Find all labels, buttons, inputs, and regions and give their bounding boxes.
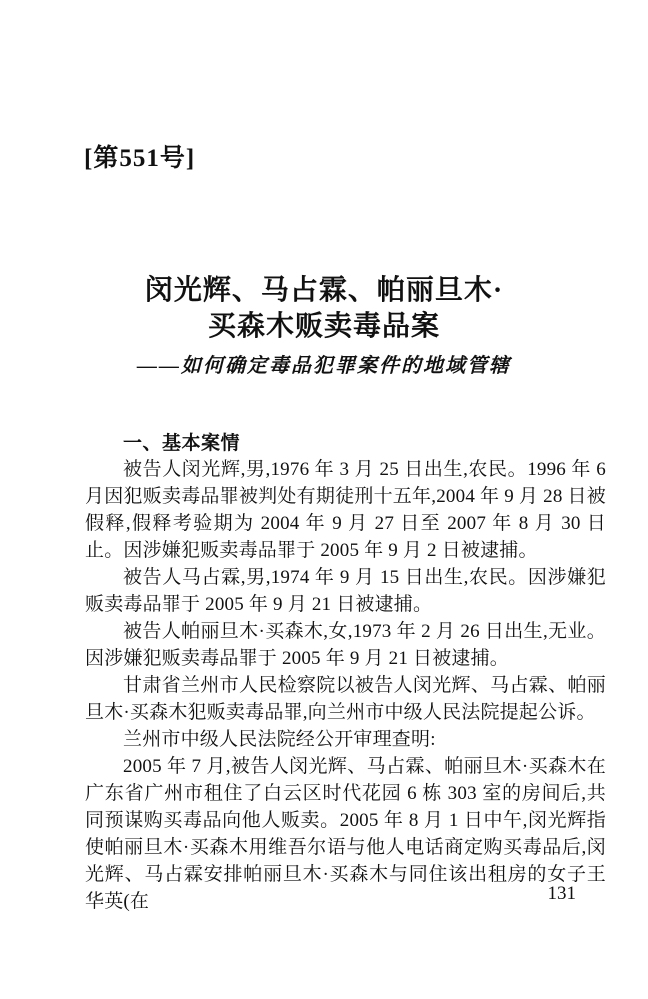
body-paragraph-defendant-min: 被告人闵光辉,男,1976 年 3 月 25 日出生,农民。1996 年 6 月… (85, 456, 606, 564)
body-paragraph-defendant-palidanmu: 被告人帕丽旦木·买森木,女,1973 年 2 月 26 日出生,无业。因涉嫌犯贩… (85, 618, 606, 672)
body-text-block: 被告人闵光辉,男,1976 年 3 月 25 日出生,农民。1996 年 6 月… (85, 456, 606, 915)
case-number-label: [第551号] (84, 138, 195, 174)
case-title-line-2: 买森木贩卖毒品案 (208, 311, 440, 342)
page-number: 131 (536, 883, 576, 905)
case-title: 闵光辉、马占霖、帕丽旦木· 买森木贩卖毒品案 (0, 273, 648, 345)
case-subtitle: ——如何确定毒品犯罪案件的地域管辖 (0, 349, 648, 378)
document-page: [第551号] 闵光辉、马占霖、帕丽旦木· 买森木贩卖毒品案 ——如何确定毒品犯… (0, 0, 648, 999)
body-paragraph-prosecution: 甘肃省兰州市人民检察院以被告人闵光辉、马占霖、帕丽旦木·买森木犯贩卖毒品罪,向兰… (85, 672, 606, 726)
case-title-line-1: 闵光辉、马占霖、帕丽旦木· (145, 275, 503, 306)
section-heading-basic-facts: 一、基本案情 (123, 428, 240, 455)
body-paragraph-defendant-ma: 被告人马占霖,男,1974 年 9 月 15 日出生,农民。因涉嫌犯贩卖毒品罪于… (85, 564, 606, 618)
body-paragraph-court-finding-intro: 兰州市中级人民法院经公开审理查明: (85, 726, 606, 753)
body-paragraph-case-facts: 2005 年 7 月,被告人闵光辉、马占霖、帕丽旦木·买森木在广东省广州市租住了… (85, 753, 606, 915)
